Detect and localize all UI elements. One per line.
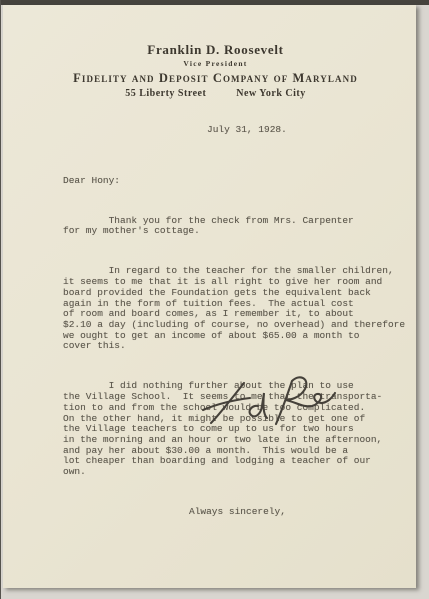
letter-paper: Franklin D. Roosevelt Vice President Fid…: [3, 5, 416, 588]
typed-line: board provided the Foundation gets the e…: [63, 288, 419, 299]
date-line: July 31, 1928.: [207, 125, 419, 136]
paragraph-1: Thank you for the check from Mrs. Carpen…: [63, 216, 419, 237]
letterhead: Franklin D. Roosevelt Vice President Fid…: [9, 42, 422, 99]
letterhead-title: Vice President: [9, 59, 422, 68]
typed-line: cover this.: [63, 341, 419, 352]
salutation: Dear Hony:: [63, 176, 419, 187]
typed-line: own.: [63, 467, 419, 478]
closing-line: Always sincerely,: [189, 507, 419, 518]
signature-stroke-r-flourish: [276, 377, 335, 424]
fdr-signature: FDR: [199, 371, 339, 435]
signature-stroke-d-loop: [250, 393, 267, 418]
letterhead-address: 55 Liberty StreetNew York City: [9, 88, 422, 99]
typed-body: July 31, 1928. Dear Hony: Thank you for …: [63, 104, 419, 539]
letter-photo: Franklin D. Roosevelt Vice President Fid…: [0, 0, 429, 599]
letterhead-name: Franklin D. Roosevelt: [9, 42, 422, 58]
paragraph-2: In regard to the teacher for the smaller…: [63, 266, 419, 352]
typed-line: for my mother's cottage.: [63, 226, 419, 237]
letterhead-street: 55 Liberty Street: [125, 88, 206, 99]
typed-line: lot cheaper than boarding and lodging a …: [63, 456, 419, 467]
letterhead-company: Fidelity and Deposit Company of Maryland: [9, 71, 422, 86]
letterhead-city: New York City: [236, 88, 305, 99]
